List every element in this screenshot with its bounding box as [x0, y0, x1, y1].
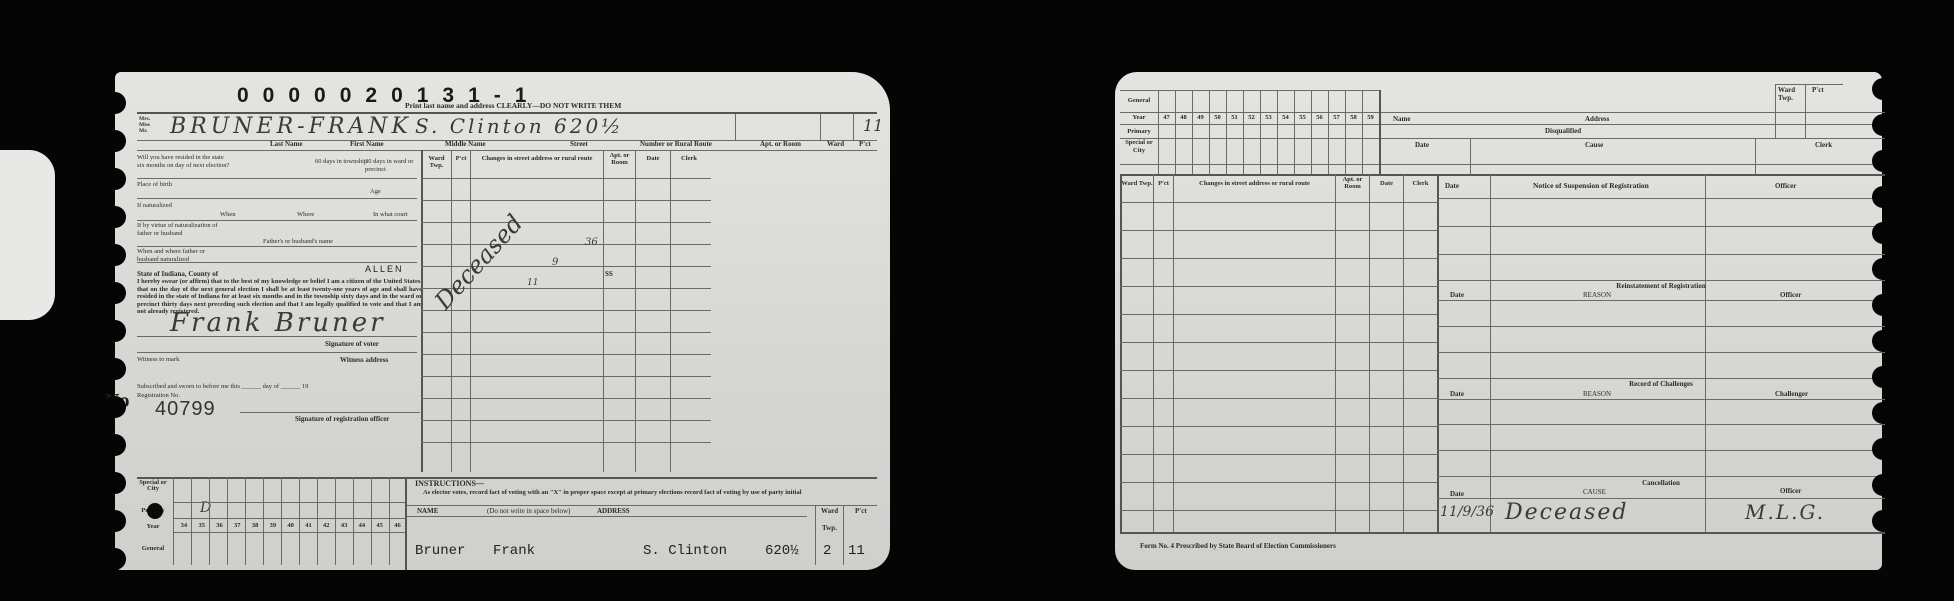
year-cell: 54	[1277, 112, 1294, 124]
year-cell: 58	[1345, 112, 1362, 124]
typed-first-name: Frank	[493, 543, 535, 559]
row-general: General	[133, 542, 173, 555]
col-ward-twp: Ward Twp.	[1121, 180, 1153, 187]
form-note: Form No. 4 Prescribed by State Board of …	[1140, 542, 1336, 550]
col-pct: P'ct	[452, 155, 470, 162]
year-cell: 55	[1294, 112, 1311, 124]
instructions-text: As elector votes, record fact of voting …	[423, 489, 853, 497]
father-naturalized-label: When and where father or husband natural…	[137, 248, 227, 263]
reinstatement-title: Reinstatement of Registration	[1437, 282, 1885, 290]
subscribed-label: Subscribed and sworn to before me this _…	[137, 383, 308, 391]
year-cell: 57	[1328, 112, 1345, 124]
col-ward-twp: Ward Twp.	[422, 155, 451, 169]
typed-street: S. Clinton	[643, 543, 727, 559]
cancellation-officer-value: M.L.G.	[1745, 500, 1825, 524]
label-date: Date	[1415, 141, 1429, 149]
officer-signature-label: Signature of registration officer	[295, 415, 389, 423]
suspension-date-label: Date	[1445, 182, 1459, 190]
label-clerk: Clerk	[1815, 141, 1832, 149]
suspension-officer-label: Officer	[1775, 182, 1796, 190]
registration-card-back: General Year Primary Special or City 47 …	[1115, 72, 1882, 570]
challenges-title: Record of Challenges	[1437, 380, 1885, 388]
annotation-mark: 9	[552, 257, 558, 268]
instructions-title: INSTRUCTIONS—	[415, 480, 484, 488]
cancellation-date-value: 11/9/36	[1440, 504, 1494, 520]
year-cell: 36	[211, 519, 229, 532]
where-label: Where	[297, 211, 314, 219]
reinstatement-officer-label: Officer	[1780, 291, 1801, 299]
row-special-city: Special or City	[1120, 139, 1158, 155]
year-cell: 42	[317, 519, 335, 532]
annotation-mark: 36	[585, 237, 598, 248]
label-ward-twp: Ward Twp.	[1778, 86, 1804, 102]
header-instruction: Print last name and address CLEARLY—DO N…	[405, 102, 621, 110]
year-cell: 47	[1158, 112, 1175, 124]
cancellation-cause-label: CAUSE	[1583, 488, 1606, 496]
col-first-name: First Name	[350, 140, 384, 148]
challenges-reason-label: REASON	[1583, 390, 1611, 398]
adjacent-card-edge	[0, 150, 55, 320]
year-cell: 43	[335, 519, 353, 532]
year-cell: 39	[264, 519, 282, 532]
year-cell: 41	[300, 519, 318, 532]
footer-col-ward: Ward	[821, 507, 838, 515]
typed-ward: 2	[823, 543, 831, 559]
year-cell: 51	[1226, 112, 1243, 124]
birth-label: Place of birth	[137, 181, 177, 189]
punch-hole	[147, 503, 163, 519]
label-cause: Cause	[1585, 141, 1603, 149]
challenges-date-label: Date	[1450, 390, 1464, 398]
cancellation-officer-label: Officer	[1780, 487, 1801, 495]
footer-col-note: (Do not write in space below)	[487, 507, 570, 515]
year-cell: 45	[371, 519, 389, 532]
virtue-label: If by virtue of naturalization of father…	[137, 222, 227, 237]
label-name: Name	[1393, 115, 1411, 123]
deceased-annotation: Deceased	[429, 209, 528, 315]
col-date: Date	[636, 155, 670, 162]
ward-precinct-label: 30 days in ward or precinct	[365, 158, 425, 173]
col-changes: Changes in street address or rural route	[1174, 180, 1335, 187]
naturalized-label: If naturalized	[137, 202, 177, 210]
col-apt-room: Apt. or Room	[1336, 176, 1369, 190]
year-cell: 46	[389, 519, 407, 532]
footer-col-address: ADDRESS	[597, 507, 630, 515]
annotation-mark: 11	[527, 278, 538, 288]
year-cell: 48	[1175, 112, 1192, 124]
footer-col-twp: Twp.	[822, 524, 837, 532]
suspension-title: Notice of Suspension of Registration	[1533, 182, 1649, 190]
col-middle-name: Middle Name	[445, 140, 486, 148]
year-cell: 37	[228, 519, 246, 532]
year-cell: 49	[1192, 112, 1209, 124]
col-apt-room: Apt. or Room	[604, 152, 635, 166]
col-clerk: Clerk	[671, 155, 707, 162]
witness-address-label: Witness address	[340, 356, 388, 364]
cancellation-cause-value: Deceased	[1505, 500, 1629, 525]
age-label: Age	[370, 188, 381, 196]
row-year: Year	[133, 520, 173, 533]
col-pct: P'ct	[1154, 180, 1173, 187]
registration-number: 40799	[155, 398, 216, 421]
typed-pct: 11	[848, 543, 865, 559]
challenges-challenger-label: Challenger	[1775, 390, 1808, 398]
year-cell: 52	[1243, 112, 1260, 124]
year-cell: 53	[1260, 112, 1277, 124]
col-date: Date	[1370, 180, 1403, 187]
typed-last-name: Bruner	[415, 543, 465, 559]
year-cell: 40	[282, 519, 300, 532]
cancellation-title: Cancellation	[1437, 479, 1885, 487]
row-special-city: Special or City	[133, 480, 173, 492]
label-disqualified: Disqualified	[1545, 127, 1581, 135]
ss-label: SS	[605, 270, 613, 278]
footer-col-name: NAME	[417, 507, 438, 515]
voter-signature: Frank Bruner	[170, 308, 386, 338]
handwritten-name: BRUNER-FRANK	[170, 114, 412, 139]
when-label: When	[220, 211, 236, 219]
col-changes: Changes in street address or rural route	[471, 155, 603, 162]
handwritten-ward: 11	[863, 116, 883, 135]
residence-question: Will you have resided in the state six m…	[137, 154, 232, 169]
signature-label: Signature of voter	[325, 340, 379, 348]
reinstatement-reason-label: REASON	[1583, 291, 1611, 299]
col-pct: P'ct	[859, 140, 871, 148]
registration-card-front: 0000020131-1 Print last name and address…	[115, 72, 890, 570]
label-address: Address	[1585, 115, 1609, 123]
handwritten-address: S. Clinton 620½	[415, 114, 624, 138]
col-last-name: Last Name	[270, 140, 302, 148]
father-name-label: Father's or husband's name	[263, 238, 333, 246]
court-label: In what court	[373, 211, 408, 219]
reinstatement-date-label: Date	[1450, 291, 1464, 299]
year-cell: 50	[1209, 112, 1226, 124]
year-cell: 44	[353, 519, 371, 532]
col-street: Street	[570, 140, 588, 148]
state-county-label: State of Indiana, County of	[137, 270, 218, 278]
year-cell: 38	[246, 519, 264, 532]
col-clerk: Clerk	[1404, 180, 1437, 187]
label-pct: P'ct	[1812, 86, 1824, 94]
col-number: Number or Rural Route	[640, 140, 712, 148]
year-cell: 35	[193, 519, 211, 532]
witness-mark-label: Witness to mark	[137, 356, 179, 364]
county-value: ALLEN	[365, 264, 404, 274]
col-apt: Apt. or Room	[760, 140, 801, 148]
name-prefix: Mrs.MissMr.	[139, 116, 159, 134]
row-year: Year	[1120, 112, 1158, 124]
row-general: General	[1120, 94, 1158, 107]
cancellation-date-label: Date	[1450, 490, 1464, 498]
footer-col-pct: P'ct	[855, 507, 867, 515]
row-primary: Primary	[1120, 125, 1158, 138]
typed-number: 620½	[765, 543, 799, 559]
year-cell: 59	[1362, 112, 1379, 124]
col-ward: Ward	[827, 140, 844, 148]
year-cell: 56	[1311, 112, 1328, 124]
